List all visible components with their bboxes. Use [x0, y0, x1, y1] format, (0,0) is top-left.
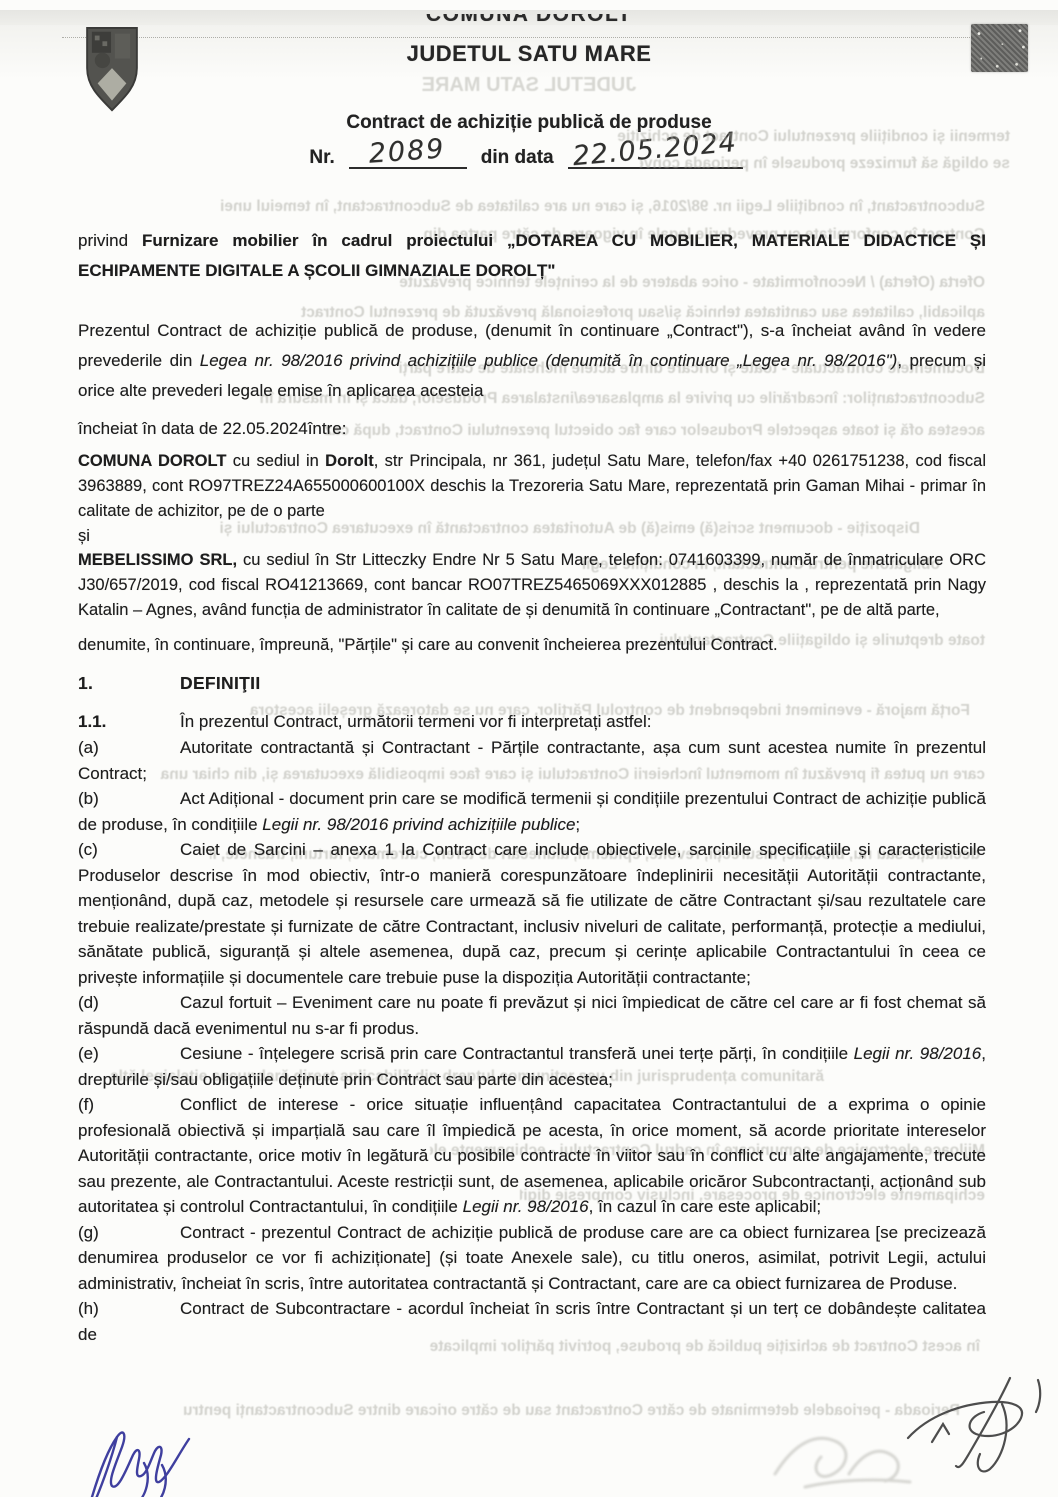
definitions-intro: 1.1.În prezentul Contract, următorii ter…	[78, 709, 986, 735]
definition-item-h: (h)Contract de Subcontractare - acordul …	[78, 1296, 986, 1347]
heading-number: 1.	[78, 670, 93, 697]
item-letter: (e)	[78, 1041, 99, 1067]
scanned-contract-page: termenii și condițiile prezentului Contr…	[0, 0, 1058, 1497]
handwritten-signature-blue	[82, 1405, 200, 1497]
item-letter: (f)	[78, 1092, 94, 1118]
definition-item-a: (a)Autoritate contractantă și Contractan…	[78, 735, 986, 786]
contract-body: privind Furnizare mobilier în cadrul pro…	[78, 226, 986, 1347]
intro-number: 1.1.	[78, 709, 106, 735]
item-text: Caiet de Sarcini – anexa 1 la Contract c…	[78, 840, 986, 987]
item-italic: Legii nr. 98/2016	[854, 1044, 982, 1063]
definition-item-c: (c)Caiet de Sarcini – anexa 1 la Contrac…	[78, 837, 986, 990]
seller-paragraph: MEBELISSIMO SRL, cu sediul în Str Littec…	[78, 548, 986, 623]
buyer-paragraph: COMUNA DOROLT cu sediul in Dorolt, str P…	[78, 449, 986, 524]
date-label: din data	[481, 147, 554, 168]
conclusion-date-line: încheiat în data de 22.05.2024între:	[78, 414, 986, 443]
subject-bold-text: Furnizare mobilier în cadrul proiectului…	[78, 231, 986, 280]
county-title-bleedthrough: JUDETUL SATU MARE	[0, 74, 1058, 97]
item-letter: (d)	[78, 990, 99, 1016]
definition-item-e: (e)Cesiune - înțelegere scrisă prin care…	[78, 1041, 986, 1092]
county-title: JUDETUL SATU MARE	[0, 41, 1058, 67]
nr-blank: 2089	[349, 141, 467, 169]
item-italic: Legii nr. 98/2016 privind achizițiile pu…	[262, 815, 575, 834]
bleedthrough-text: termenii și condițiile prezentului Contr…	[615, 126, 1010, 148]
subject-prefix: privind	[78, 231, 142, 250]
item-text: Autoritate contractantă și Contractant -…	[78, 738, 986, 783]
buyer-mid: cu sediul in	[226, 452, 325, 470]
item-letter: (a)	[78, 735, 99, 761]
item-post: ;	[575, 815, 580, 834]
definition-item-d: (d)Cazul fortuit – Eveniment care nu poa…	[78, 990, 986, 1041]
definition-item-f: (f)Conflict de interese - orice situație…	[78, 1092, 986, 1220]
bleedthrough-text: se obligă să furnizeze produsele în peri…	[640, 153, 1010, 175]
seller-name: MEBELISSIMO SRL,	[78, 551, 237, 569]
handwritten-contract-number: 2089	[368, 133, 447, 169]
parties-together-line: denumite, în continuare, împreună, "Părț…	[78, 633, 986, 658]
intro-text: În prezentul Contract, următorii termeni…	[180, 712, 651, 731]
definition-item-g: (g)Contract - prezentul Contract de achi…	[78, 1220, 986, 1297]
buyer-city: Dorolt	[325, 452, 374, 470]
legal-italic: Legea nr. 98/2016 privind achizițiile pu…	[200, 351, 898, 370]
item-letter: (c)	[78, 837, 98, 863]
ink-stamp	[971, 24, 1028, 72]
item-text: Contract de Subcontractare - acordul înc…	[78, 1299, 986, 1344]
buyer-name: COMUNA DOROLT	[78, 452, 226, 470]
item-letter: (b)	[78, 786, 99, 812]
item-post: , în cazul în care este aplicabil;	[589, 1197, 821, 1216]
nr-label: Nr.	[309, 147, 334, 168]
and-word: și	[78, 524, 986, 548]
subject-paragraph: privind Furnizare mobilier în cadrul pro…	[78, 226, 986, 286]
item-italic: Legii nr. 98/2016	[463, 1197, 589, 1216]
item-text: Cesiune - înțelegere scrisă prin care Co…	[180, 1044, 854, 1063]
definitions-heading: 1.DEFINIŢII	[78, 670, 986, 697]
bleedthrough-text: Subcontractant, în condițiile Legii nr. …	[80, 196, 985, 218]
fold-line	[62, 37, 1028, 38]
signature-bleedthrough	[765, 1412, 925, 1497]
commune-title-text: COMUNA DOROLT	[426, 3, 632, 27]
heading-text: DEFINIŢII	[180, 673, 260, 693]
definition-item-b: (b)Act Adițional - document prin care se…	[78, 786, 986, 837]
item-letter: (h)	[78, 1296, 99, 1322]
commune-title-cut: COMUNA DOROLT	[0, 3, 1058, 27]
item-text: Contract - prezentul Contract de achiziț…	[78, 1223, 986, 1293]
legal-basis-paragraph: Prezentul Contract de achiziție publică …	[78, 316, 986, 406]
item-letter: (g)	[78, 1220, 99, 1246]
item-text: Cazul fortuit – Eveniment care nu poate …	[78, 993, 986, 1038]
coat-of-arms-icon	[83, 26, 141, 114]
